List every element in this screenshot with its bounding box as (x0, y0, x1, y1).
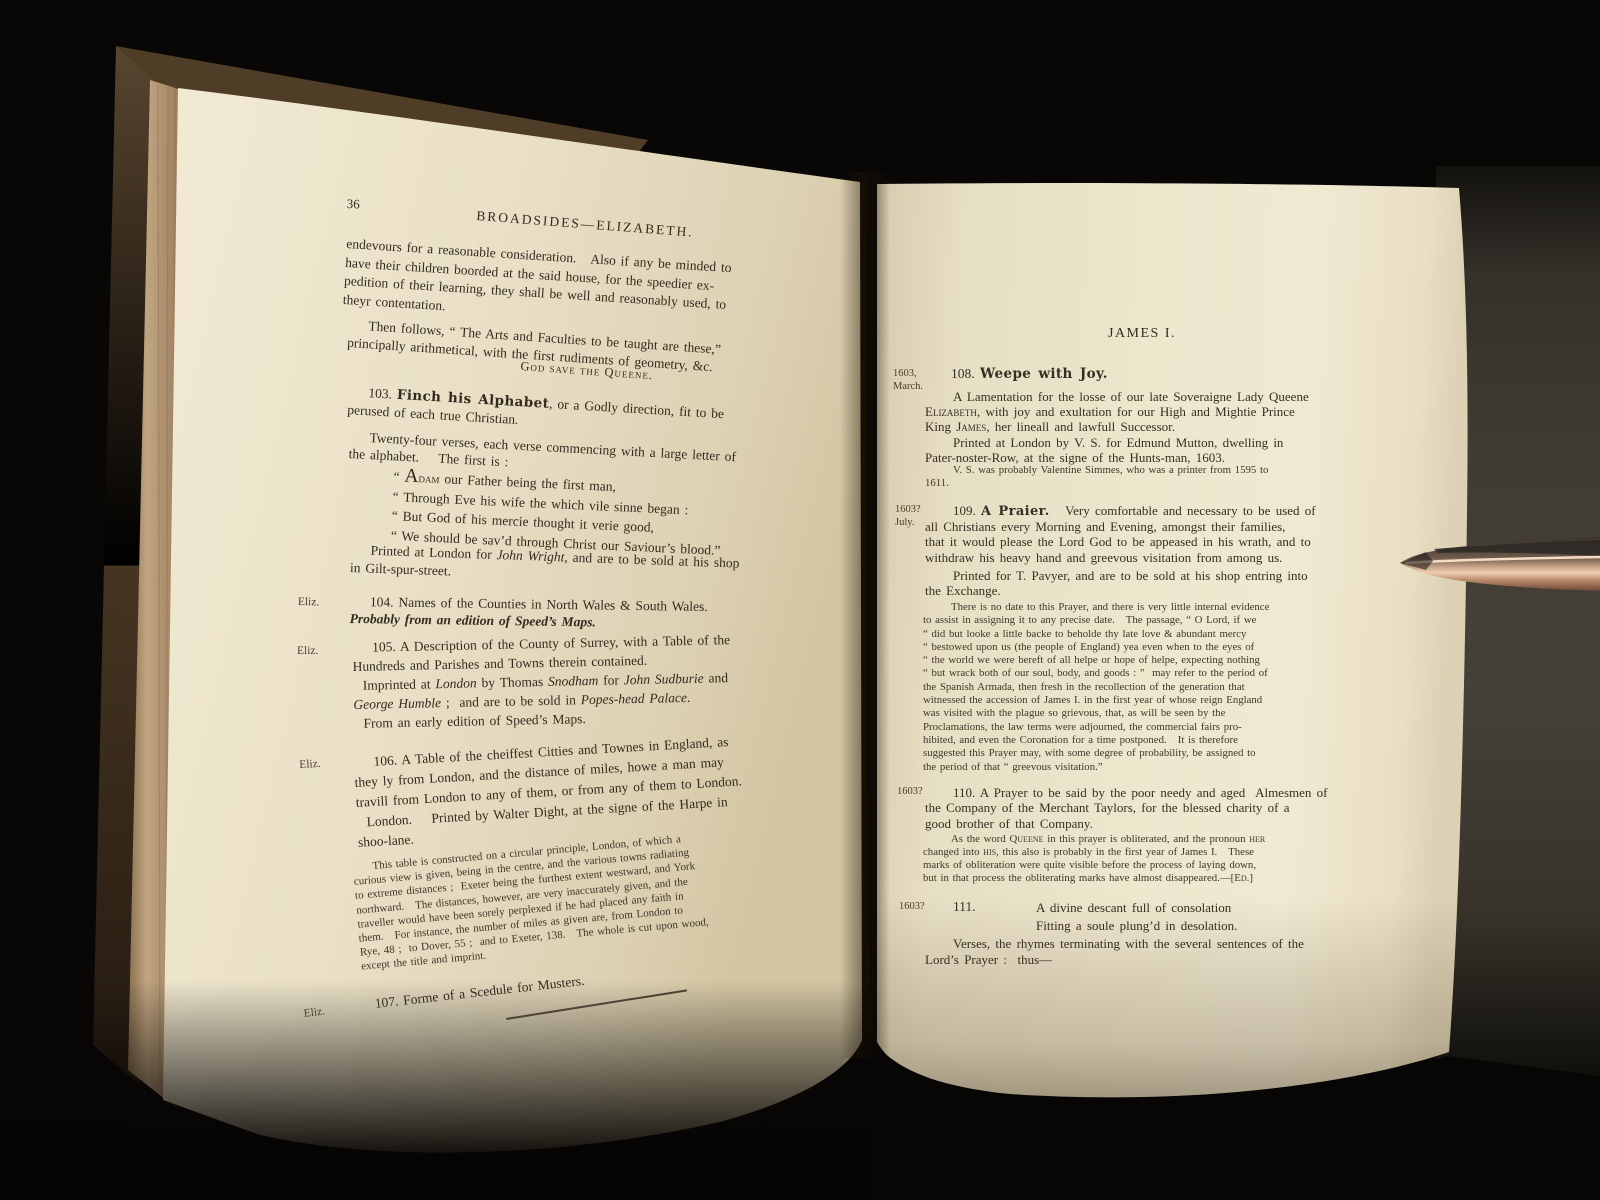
entry-111-verse: A divine descant full of consolationFitt… (1036, 899, 1237, 934)
entry-105: 105. A Description of the County of Surr… (352, 630, 732, 733)
margin-note-eliz-106: Eliz. (299, 758, 321, 771)
entry-110: 110. A Prayer to be said by the poor nee… (925, 785, 1327, 831)
left-page-number: 36 (346, 196, 360, 212)
margin-note-1603-march: 1603,March. (893, 367, 923, 393)
margin-note-1603-110: 1603? (897, 785, 923, 798)
entry-110-editor-note: As the word Queene in this prayer is obl… (923, 833, 1265, 885)
entry-108-heading: 108. Weepe with Joy. (951, 366, 1108, 382)
photo-background (0, 0, 1600, 1200)
margin-note-eliz-105: Eliz. (297, 645, 318, 657)
book-photograph: 36 BROADSIDES—ELIZABETH. endevours for a… (0, 0, 1600, 1200)
entry-108-description: A Lamentation for the losse of our late … (925, 389, 1309, 435)
entry-104: 104. Names of the Counties in North Wale… (350, 594, 708, 632)
entry-108-imprint: Printed at London by V. S. for Edmund Mu… (925, 435, 1283, 465)
entry-109-imprint: Printed for T. Pavyer, and are to be sol… (925, 568, 1308, 598)
margin-note-1603-111: 1603? (899, 900, 925, 913)
left-bottom-shadow (0, 980, 876, 1200)
entry-109-heading-description: 109. A Praier. Very comfortable and nece… (925, 503, 1316, 565)
entry-111-description: Verses, the rhymes terminating with the … (925, 936, 1304, 968)
margin-note-eliz-107: Eliz. (303, 1005, 326, 1020)
entry-111-number: 111. (953, 899, 976, 915)
entry-108-editor-note: V. S. was probably Valentine Simmes, who… (925, 464, 1268, 490)
margin-note-eliz-104: Eliz. (298, 596, 320, 608)
right-running-header: JAMES I. (1108, 326, 1176, 342)
entry-109-editor-note: There is no date to this Prayer, and the… (923, 601, 1269, 774)
margin-note-1603-july: 1603?July. (895, 503, 921, 529)
